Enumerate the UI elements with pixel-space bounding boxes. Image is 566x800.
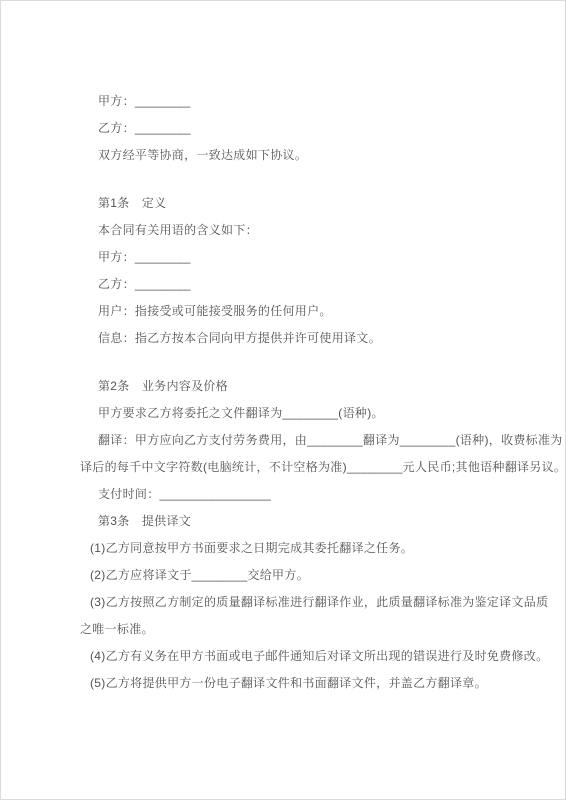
definition-party-a: 甲方：________: [80, 244, 535, 271]
clause-2-fee-line-2: 译后的每千中文字符数(电脑统计，不计空格为准)________元人民币;其他语种…: [80, 454, 535, 481]
clause-3-heading: 第3条 提供译文: [80, 508, 535, 535]
clause-2-heading: 第2条 业务内容及价格: [80, 373, 535, 400]
clause-3-item-3: (3)乙方按照乙方制定的质量翻译标准进行翻译作业，此质量翻译标准为鉴定译文品质: [80, 589, 535, 616]
clause-3-item-3-cont: 之唯一标准。: [80, 616, 535, 643]
party-b-field: 乙方：________: [80, 115, 535, 142]
document-body: 甲方：________乙方：________双方经平等协商，一致达成如下协议。第…: [80, 88, 535, 697]
clause-1-heading: 第1条 定义: [80, 190, 535, 217]
clause-3-item-1: (1)乙方同意按甲方书面要求之日期完成其委托翻译之任务。: [80, 535, 535, 562]
clause-3-item-4: (4)乙方有义务在甲方书面或电子邮件通知后对译文所出现的错误进行及时免费修改。: [80, 643, 535, 670]
clause-2-request: 甲方要求乙方将委托之文件翻译为________(语种)。: [80, 400, 535, 427]
definition-party-b: 乙方：________: [80, 271, 535, 298]
clause-1-intro: 本合同有关用语的含义如下：: [80, 217, 535, 244]
payment-time-field: 支付时间：________________: [80, 481, 535, 508]
party-a-field: 甲方：________: [80, 88, 535, 115]
clause-3-item-2: (2)乙方应将译文于________交给甲方。: [80, 562, 535, 589]
contract-page: 甲方：________乙方：________双方经平等协商，一致达成如下协议。第…: [0, 0, 566, 800]
preamble: 双方经平等协商，一致达成如下协议。: [80, 142, 535, 169]
definition-information: 信息：指乙方按本合同向甲方提供并许可使用译文。: [80, 325, 535, 352]
definition-user: 用户：指接受或可能接受服务的任何用户。: [80, 298, 535, 325]
clause-2-fee-line-1: 翻译：甲方应向乙方支付劳务费用，由________翻译为________(语种)…: [80, 427, 535, 454]
clause-3-item-5: (5)乙方将提供甲方一份电子翻译文件和书面翻译文件，并盖乙方翻译章。: [80, 670, 535, 697]
